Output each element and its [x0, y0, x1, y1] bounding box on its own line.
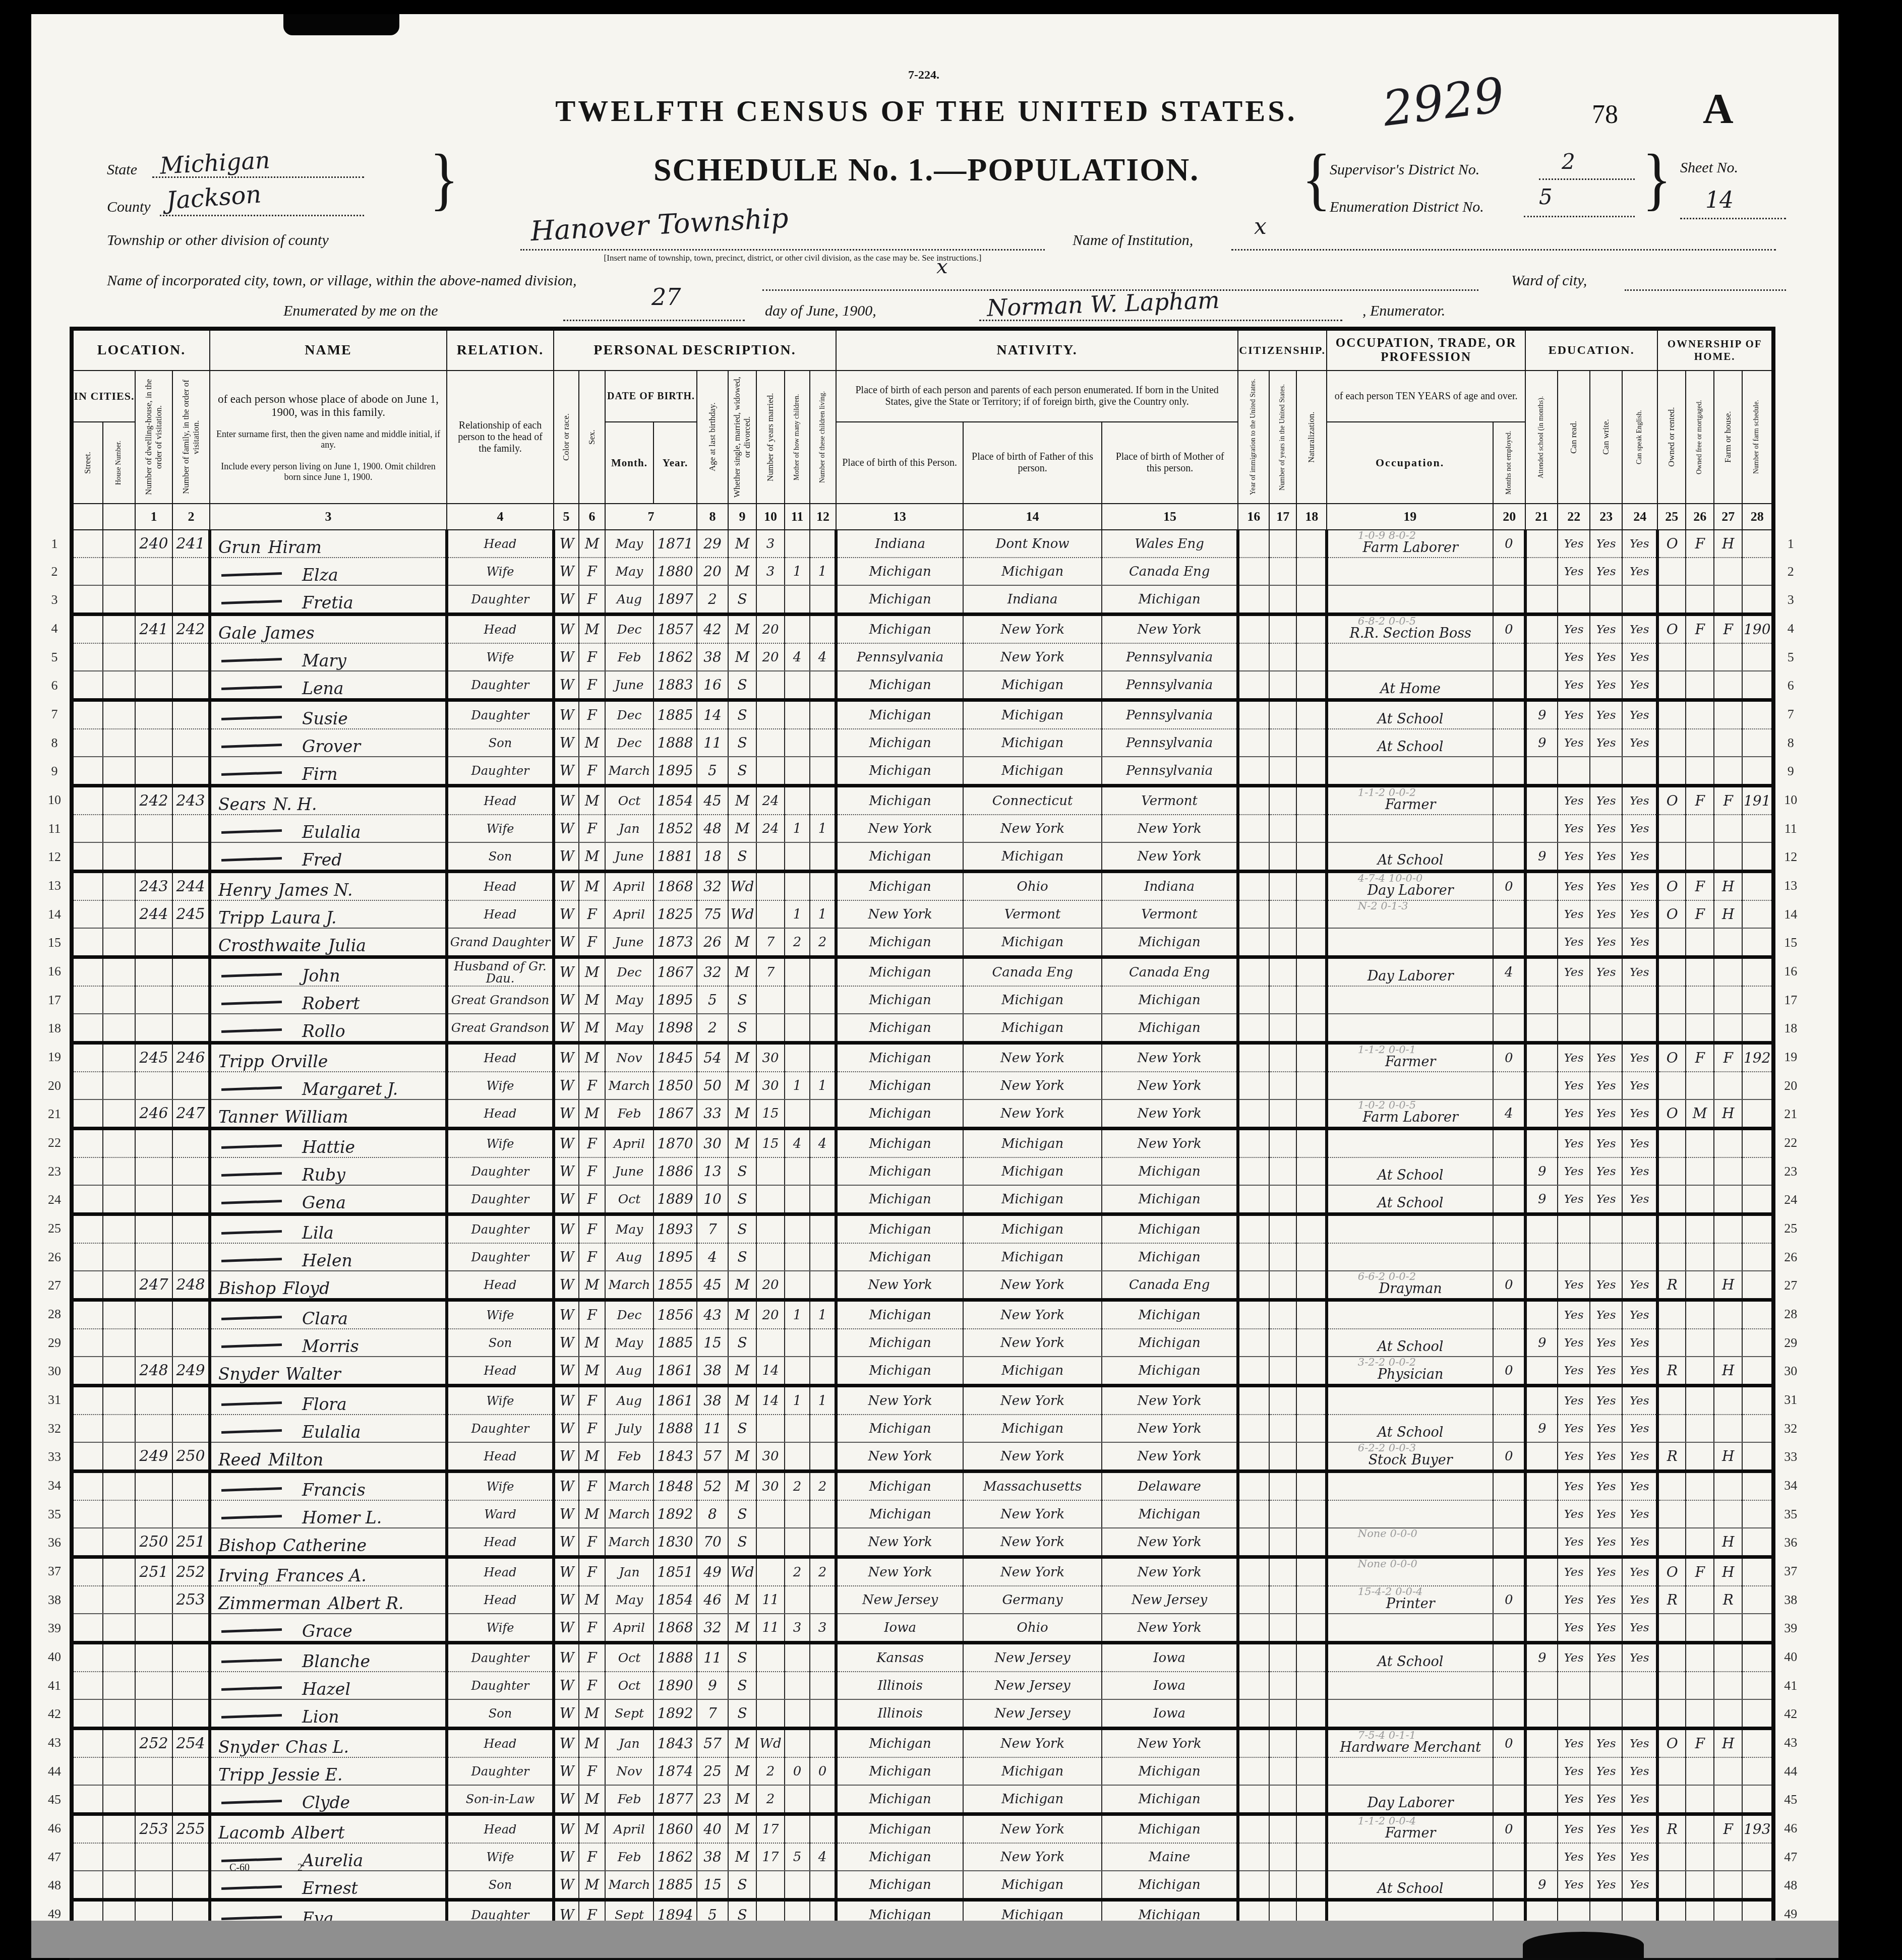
cell-sch: [1525, 530, 1558, 558]
cell-pf: Michigan: [963, 558, 1102, 585]
cell-fam: [172, 1672, 210, 1699]
cell-rd: Yes: [1558, 671, 1590, 700]
cell-pm: Michigan: [1102, 1185, 1238, 1214]
cell-ch: [785, 1643, 810, 1672]
cell-wr: Yes: [1590, 1729, 1622, 1758]
table-row: 27 247 248 BishopFloyd Head W M March 18…: [39, 1271, 1806, 1300]
cell-house: [103, 1099, 135, 1129]
cell-surname: Zimmerman: [218, 1594, 321, 1613]
cell-mne: 0: [1493, 1271, 1525, 1300]
cell-en: Yes: [1622, 1586, 1657, 1614]
cell-sch: [1525, 872, 1558, 901]
cell-color: W: [554, 530, 579, 558]
cell-fh: [1714, 558, 1742, 585]
cell-house: [103, 1557, 135, 1586]
cell-rel: Daughter: [447, 1214, 554, 1244]
cell-rd: [1558, 986, 1590, 1014]
cell-mar: S: [728, 1157, 756, 1185]
cell-own: [1657, 1472, 1686, 1501]
col-header-pobfather: Place of birth of Father of this person.: [963, 422, 1102, 504]
cell-n: 5: [1773, 643, 1806, 671]
cell-imm: [1238, 1472, 1269, 1501]
cell-n: 34: [39, 1472, 72, 1501]
cell-cl: 0: [810, 1757, 836, 1785]
cell-mne: [1493, 1699, 1525, 1729]
cell-own: O: [1657, 615, 1686, 644]
cell-cl: [810, 1157, 836, 1185]
cell-sex: M: [579, 1785, 605, 1814]
cell-pm: Michigan: [1102, 585, 1238, 615]
cell-ch: [785, 1157, 810, 1185]
cell-pm: New Jersey: [1102, 1586, 1238, 1614]
cell-mne: [1493, 842, 1525, 872]
cell-fam: 255: [172, 1814, 210, 1844]
cell-street: [72, 1699, 103, 1729]
cell-bm: April: [605, 900, 653, 928]
cell-by: 1873: [653, 928, 697, 957]
cell-en: [1622, 1214, 1657, 1244]
cell-en: [1622, 1699, 1657, 1729]
col-number: 23: [1590, 504, 1622, 530]
cell-ch: [785, 530, 810, 558]
table-row: 10 242 243 SearsN. H. Head W M Oct 1854 …: [39, 786, 1806, 815]
cell-cl: [810, 729, 836, 757]
cell-mar: S: [728, 1329, 756, 1357]
cell-pob: Michigan: [836, 1014, 963, 1043]
cell-dw: [135, 1843, 172, 1871]
cell-sex: F: [579, 643, 605, 671]
cell-color: W: [554, 615, 579, 644]
cell-fm: [1686, 1528, 1714, 1557]
cell-fs: [1742, 729, 1773, 757]
cell-mne: [1493, 1329, 1525, 1357]
col-number: 13: [836, 504, 963, 530]
table-row: 16 John Husband of Gr. Dau. W M Dec 1867…: [39, 957, 1806, 987]
cell-rd: Yes: [1558, 1099, 1590, 1129]
cell-fs: [1742, 1699, 1773, 1729]
cell-mar: M: [728, 957, 756, 987]
cell-pob: Michigan: [836, 729, 963, 757]
cell-n: 19: [1773, 1043, 1806, 1072]
cell-nat: [1296, 1243, 1327, 1271]
cell-nat: [1296, 1386, 1327, 1415]
cell-bm: Aug: [605, 1243, 653, 1271]
cell-sex: F: [579, 900, 605, 928]
cell-pf: Indiana: [963, 585, 1102, 615]
cell-sch: [1525, 1528, 1558, 1557]
table-row: 18 Rollo Great Grandson W M May 1898 2 S…: [39, 1014, 1806, 1043]
cell-n: 13: [1773, 872, 1806, 901]
cell-street: [72, 1614, 103, 1643]
cell-age: 5: [697, 757, 728, 786]
cell-surname: [218, 994, 295, 1013]
cell-pencil: N-2 0-1-3: [1358, 900, 1408, 912]
cell-dw: [135, 700, 172, 729]
table-row: 46 253 255 LacombAlbert Head W M April 1…: [39, 1814, 1806, 1844]
cell-ch: 1: [785, 815, 810, 842]
cell-sch: [1525, 1300, 1558, 1329]
col-number: 7: [605, 504, 697, 530]
cell-surname: [218, 966, 295, 986]
group-name: NAME: [210, 329, 447, 371]
cell-imm: [1238, 986, 1269, 1014]
table-row: 9 Firn Daughter W F March 1895 5 S Michi…: [39, 757, 1806, 786]
cell-nat: [1296, 1643, 1327, 1672]
cell-occ: [1328, 840, 1493, 842]
cell-n: 3: [39, 585, 72, 615]
cell-fs: [1742, 1871, 1773, 1900]
cell-given: Fred: [302, 850, 342, 870]
cell-pob: Michigan: [836, 1329, 963, 1357]
cell-n: 41: [1773, 1672, 1806, 1699]
table-row: 6 Lena Daughter W F June 1883 16 S Michi…: [39, 671, 1806, 700]
cell-given: Clyde: [302, 1793, 350, 1812]
cell-street: [72, 558, 103, 585]
col-number: 24: [1622, 504, 1657, 530]
group-education: EDUCATION.: [1525, 329, 1657, 371]
cell-age: 70: [697, 1528, 728, 1557]
cell-rd: [1558, 585, 1590, 615]
cell-n: 30: [39, 1357, 72, 1386]
cell-surname: Tanner: [218, 1107, 277, 1127]
cell-street: [72, 1528, 103, 1557]
cell-fam: [172, 729, 210, 757]
cell-fs: [1742, 671, 1773, 700]
cell-pm: New York: [1102, 1442, 1238, 1472]
cell-pf: New York: [963, 1043, 1102, 1072]
cell-sex: F: [579, 1472, 605, 1501]
cell-fam: [172, 1157, 210, 1185]
cell-pf: New York: [963, 1843, 1102, 1871]
table-row: 44 TrippJessie E. Daughter W F Nov 1874 …: [39, 1757, 1806, 1785]
cell-rel: Wife: [447, 1472, 554, 1501]
cell-fh: [1714, 1500, 1742, 1528]
cell-bm: June: [605, 671, 653, 700]
cell-fs: [1742, 1472, 1773, 1501]
cell-pob: New York: [836, 1528, 963, 1557]
cell-fh: [1714, 1014, 1742, 1043]
cell-fam: [172, 1699, 210, 1729]
cell-wr: [1590, 986, 1622, 1014]
cell-bm: July: [605, 1415, 653, 1442]
cell-imm: [1238, 1043, 1269, 1072]
cell-imm: [1238, 643, 1269, 671]
cell-nat: [1296, 842, 1327, 872]
sd-rule: [1539, 178, 1635, 180]
cell-sex: F: [579, 1643, 605, 1672]
cell-wr: [1590, 757, 1622, 786]
cell-surname: Henry: [218, 880, 271, 900]
cell-n: 5: [39, 643, 72, 671]
cell-nat: [1296, 1500, 1327, 1528]
cell-surname: [218, 1679, 295, 1699]
cell-n: 37: [39, 1557, 72, 1586]
ward-rule: [1625, 289, 1786, 291]
cell-mar: M: [728, 1099, 756, 1129]
cell-given: Aurelia: [302, 1851, 363, 1870]
cell-bm: Dec: [605, 1300, 653, 1329]
cell-rel: Head: [447, 1814, 554, 1844]
cell-fh: [1714, 700, 1742, 729]
cell-house: [103, 1757, 135, 1785]
cell-pf: Michigan: [963, 1214, 1102, 1244]
cell-pm: Pennsylvania: [1102, 643, 1238, 671]
cell-dw: 253: [135, 1814, 172, 1844]
cell-pob: Michigan: [836, 842, 963, 872]
cell-rel: Son: [447, 729, 554, 757]
cell-wr: [1590, 1014, 1622, 1043]
cell-pm: Canada Eng: [1102, 957, 1238, 987]
cell-mne: [1493, 1243, 1525, 1271]
cell-mne: [1493, 1129, 1525, 1158]
cell-sex: F: [579, 1072, 605, 1099]
cell-fs: [1742, 1357, 1773, 1386]
cell-occ: [1328, 1413, 1493, 1414]
cell-own: [1657, 1300, 1686, 1329]
cell-fs: [1742, 1757, 1773, 1785]
cell-rd: Yes: [1558, 1472, 1590, 1501]
cell-n: 31: [1773, 1386, 1806, 1415]
cell-occ: [1328, 1498, 1493, 1500]
cell-rel: Wife: [447, 1072, 554, 1099]
cell-fs: [1742, 1643, 1773, 1672]
cell-fh: H: [1714, 530, 1742, 558]
cell-pf: Vermont: [963, 900, 1102, 928]
cell-rd: Yes: [1558, 1785, 1590, 1814]
cell-nat: [1296, 1843, 1327, 1871]
cell-rel: Daughter: [447, 585, 554, 615]
cell-surname: [218, 1336, 295, 1356]
cell-surname: [218, 1309, 295, 1328]
cell-own: [1657, 1672, 1686, 1699]
cell-fm: [1686, 1329, 1714, 1357]
cell-ch: 0: [785, 1757, 810, 1785]
cell-nat: [1296, 1129, 1327, 1158]
cell-imm: [1238, 585, 1269, 615]
cell-cl: [810, 1699, 836, 1729]
cell-imm: [1238, 558, 1269, 585]
cell-street: [72, 1386, 103, 1415]
cell-fm: [1686, 1214, 1714, 1244]
cell-nat: [1296, 1271, 1327, 1300]
schedule-title: SCHEDULE No. 1.—POPULATION.: [485, 151, 1368, 189]
cell-fs: [1742, 1500, 1773, 1528]
cell-n: 25: [39, 1214, 72, 1244]
cell-sex: M: [579, 615, 605, 644]
cell-ym: [756, 1871, 785, 1900]
cell-yus: [1269, 786, 1296, 815]
cell-en: Yes: [1622, 1099, 1657, 1129]
cell-street: [72, 1157, 103, 1185]
cell-pm: Michigan: [1102, 1300, 1238, 1329]
cell-ym: 11: [756, 1586, 785, 1614]
cell-n: 22: [39, 1129, 72, 1158]
cell-mne: 0: [1493, 1586, 1525, 1614]
cell-nat: [1296, 1099, 1327, 1129]
cell-cl: [810, 1500, 836, 1528]
cell-pf: Michigan: [963, 671, 1102, 700]
cell-occ: R.R. Section Boss: [1328, 626, 1493, 643]
cell-cl: [810, 671, 836, 700]
cell-sch: 9: [1525, 700, 1558, 729]
cell-street: [72, 815, 103, 842]
cell-bm: Nov: [605, 1757, 653, 1785]
cell-age: 46: [697, 1586, 728, 1614]
col-number: 16: [1238, 504, 1269, 530]
cell-pm: New York: [1102, 1072, 1238, 1099]
cell-sch: 9: [1525, 1329, 1558, 1357]
cell-fam: [172, 1300, 210, 1329]
cell-given: Grover: [302, 737, 361, 756]
col-number: 28: [1742, 504, 1773, 530]
cell-pf: Michigan: [963, 1014, 1102, 1043]
cell-age: 10: [697, 1185, 728, 1214]
cell-surname: [218, 1793, 295, 1812]
cell-street: [72, 986, 103, 1014]
cell-imm: [1238, 1500, 1269, 1528]
cell-given: Julia: [328, 936, 366, 955]
cell-street: [72, 1329, 103, 1357]
cell-age: 5: [697, 986, 728, 1014]
cell-fam: [172, 671, 210, 700]
cell-fm: [1686, 1243, 1714, 1271]
cell-fm: F: [1686, 615, 1714, 644]
cell-own: O: [1657, 786, 1686, 815]
cell-bm: May: [605, 558, 653, 585]
cell-mne: [1493, 671, 1525, 700]
cell-yus: [1269, 585, 1296, 615]
cell-ym: [756, 1415, 785, 1442]
cell-rd: Yes: [1558, 615, 1590, 644]
cell-n: 48: [1773, 1871, 1806, 1900]
cell-bm: Feb: [605, 1785, 653, 1814]
cell-nat: [1296, 1871, 1327, 1900]
cell-rel: Ward: [447, 1500, 554, 1528]
cell-cl: 1: [810, 815, 836, 842]
cell-given: Rollo: [302, 1021, 345, 1041]
cell-pf: New York: [963, 1500, 1102, 1528]
cell-n: 11: [1773, 815, 1806, 842]
cell-cl: [810, 757, 836, 786]
cell-sex: F: [579, 1672, 605, 1699]
cell-en: Yes: [1622, 815, 1657, 842]
cell-fs: [1742, 1528, 1773, 1557]
cell-imm: [1238, 1072, 1269, 1099]
cell-wr: [1590, 1214, 1622, 1244]
cell-fam: [172, 700, 210, 729]
col-number: 18: [1296, 504, 1327, 530]
cell-pm: New York: [1102, 1415, 1238, 1442]
cell-fm: M: [1686, 1099, 1714, 1129]
cell-fs: [1742, 1214, 1773, 1244]
cell-ch: [785, 1699, 810, 1729]
cell-surname: [218, 850, 295, 870]
cell-yus: [1269, 1014, 1296, 1043]
cell-given: Blanche: [302, 1651, 370, 1671]
cell-dw: [135, 729, 172, 757]
cell-by: 1888: [653, 729, 697, 757]
cell-by: 1893: [653, 1214, 697, 1244]
cell-en: Yes: [1622, 1157, 1657, 1185]
cell-n: 2: [1773, 558, 1806, 585]
col-number: 11: [785, 504, 810, 530]
cell-n: 21: [39, 1099, 72, 1129]
table-row: 39 Grace Wife W F April 1868 32 M 11 3 3…: [39, 1614, 1806, 1643]
cell-en: Yes: [1622, 643, 1657, 671]
cell-en: Yes: [1622, 1271, 1657, 1300]
cell-dw: [135, 1757, 172, 1785]
cell-mne: [1493, 700, 1525, 729]
cell-age: 2: [697, 1014, 728, 1043]
cell-cl: [810, 957, 836, 987]
cell-surname: [218, 1223, 295, 1243]
cell-yus: [1269, 1500, 1296, 1528]
cell-occ: [1328, 1155, 1493, 1157]
cell-yus: [1269, 1214, 1296, 1244]
cell-rel: Head: [447, 1528, 554, 1557]
cell-yus: [1269, 1871, 1296, 1900]
cell-n: 47: [1773, 1843, 1806, 1871]
cell-n: 17: [1773, 986, 1806, 1014]
cell-house: [103, 1386, 135, 1415]
cell-wr: Yes: [1590, 1785, 1622, 1814]
cell-n: 31: [39, 1386, 72, 1415]
cell-n: 22: [1773, 1129, 1806, 1158]
cell-en: Yes: [1622, 1500, 1657, 1528]
table-row: 20 Margaret J. Wife W F March 1850 50 M …: [39, 1072, 1806, 1099]
cell-house: [103, 729, 135, 757]
cell-sex: F: [579, 1157, 605, 1185]
col-header-immigration: Year of immigration to the United States…: [1238, 371, 1269, 504]
cell-occ: [1328, 1584, 1493, 1585]
cell-street: [72, 1072, 103, 1099]
cell-en: Yes: [1622, 1814, 1657, 1844]
cell-street: [72, 615, 103, 644]
cell-wr: Yes: [1590, 1415, 1622, 1442]
cell-fm: [1686, 1014, 1714, 1043]
cell-house: [103, 1614, 135, 1643]
page-letter: A: [1703, 85, 1734, 134]
cell-fh: [1714, 815, 1742, 842]
cell-n: 39: [39, 1614, 72, 1643]
cell-imm: [1238, 757, 1269, 786]
cell-sex: F: [579, 1243, 605, 1271]
cell-yus: [1269, 1729, 1296, 1758]
cell-rel: Wife: [447, 1129, 554, 1158]
col-number: 12: [810, 504, 836, 530]
cell-house: [103, 1729, 135, 1758]
table-row: 47 Aurelia Wife W F Feb 1862 38 M 17 5 4…: [39, 1843, 1806, 1871]
cell-occ: [1328, 782, 1493, 784]
table-row: 34 Francis Wife W F March 1848 52 M 30 2…: [39, 1472, 1806, 1501]
cell-mar: S: [728, 671, 756, 700]
cell-ch: [785, 1729, 810, 1758]
cell-n: 16: [39, 957, 72, 987]
cell-fh: [1714, 1472, 1742, 1501]
institution-label: Name of Institution,: [1073, 232, 1193, 249]
cell-mne: 0: [1493, 1729, 1525, 1758]
cell-yus: [1269, 1699, 1296, 1729]
cell-wr: Yes: [1590, 615, 1622, 644]
cell-fh: [1714, 1185, 1742, 1214]
cell-imm: [1238, 1614, 1269, 1643]
cell-wr: Yes: [1590, 643, 1622, 671]
cell-fam: [172, 1214, 210, 1244]
cell-ym: [756, 1329, 785, 1357]
cell-n: 9: [1773, 757, 1806, 786]
col-header-farmschedule: Number of farm schedule.: [1742, 371, 1773, 504]
col-header-color: Color or race.: [554, 371, 579, 504]
